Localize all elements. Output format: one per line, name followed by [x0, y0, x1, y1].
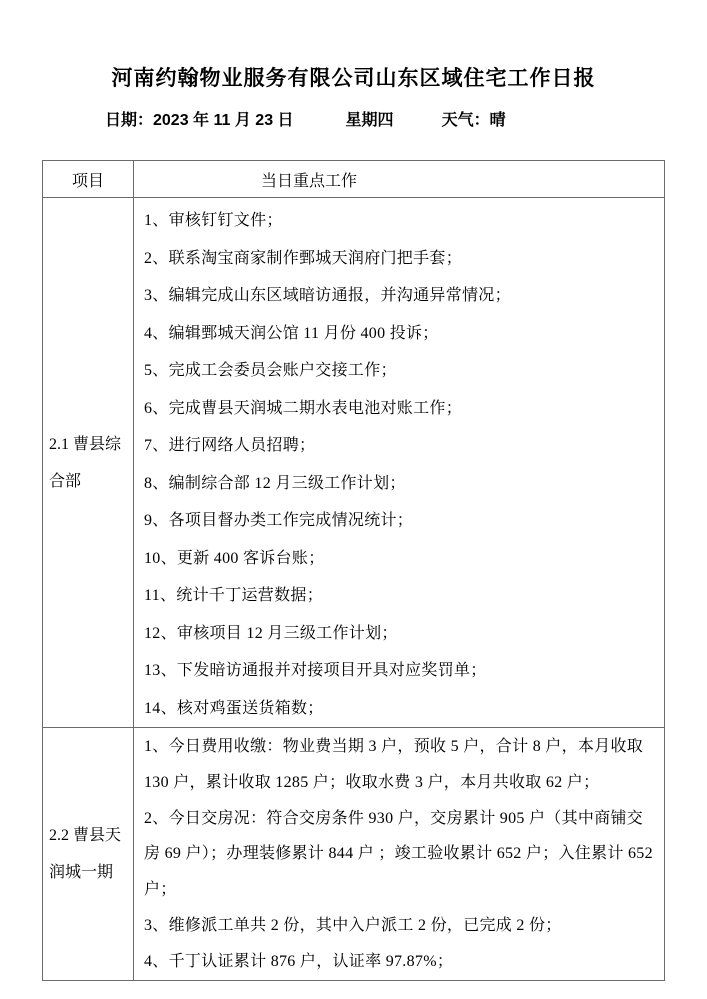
table-header-row: 项目 当日重点工作 — [43, 161, 665, 198]
work-item: 12、审核项目 12 月三级工作计划； — [144, 615, 656, 653]
work-item: 11、统计千丁运营数据； — [144, 577, 656, 615]
date-label: 日期：2023 年 11 月 23 日 — [105, 112, 294, 129]
work-item: 2、联系淘宝商家制作鄄城天润府门把手套； — [144, 240, 656, 278]
weather-label: 天气：晴 — [442, 112, 506, 129]
header-cell-work: 当日重点工作 — [134, 161, 665, 198]
work-item: 10、更新 400 客诉台账； — [144, 540, 656, 578]
work-item: 14、核对鸡蛋送货箱数； — [144, 690, 656, 728]
work-cell: 1、今日费用收缴：物业费当期 3 户，预收 5 户，合计 8 户，本月收取 13… — [134, 728, 665, 981]
work-item: 1、今日费用收缴：物业费当期 3 户，预收 5 户，合计 8 户，本月收取 13… — [144, 729, 656, 801]
project-cell: 2.1 曹县综合部 — [43, 198, 134, 728]
work-item: 5、完成工会委员会账户交接工作； — [144, 352, 656, 390]
work-item: 6、完成曹县天润城二期水表电池对账工作； — [144, 390, 656, 428]
daily-report-table: 项目 当日重点工作 2.1 曹县综合部 1、审核钉钉文件； 2、联系淘宝商家制作… — [42, 160, 665, 981]
work-item: 7、进行网络人员招聘； — [144, 427, 656, 465]
date-line: 日期：2023 年 11 月 23 日星期四天气：晴 — [105, 107, 506, 130]
work-item: 9、各项目督办类工作完成情况统计； — [144, 502, 656, 540]
header-cell-project: 项目 — [43, 161, 134, 198]
work-item: 1、审核钉钉文件； — [144, 202, 656, 240]
project-cell: 2.2 曹县天润城一期 — [43, 728, 134, 981]
work-item: 3、维修派工单共 2 份，其中入户派工 2 份，已完成 2 份； — [144, 908, 656, 944]
work-item: 8、编制综合部 12 月三级工作计划； — [144, 465, 656, 503]
work-item: 4、编辑鄄城天润公馆 11 月份 400 投诉； — [144, 315, 656, 353]
table-row: 2.2 曹县天润城一期 1、今日费用收缴：物业费当期 3 户，预收 5 户，合计… — [43, 728, 665, 981]
work-item: 3、编辑完成山东区域暗访通报，并沟通异常情况； — [144, 277, 656, 315]
page-title: 河南约翰物业服务有限公司山东区域住宅工作日报 — [0, 62, 707, 92]
work-item: 2、今日交房况：符合交房条件 930 户，交房累计 905 户（其中商铺交房 6… — [144, 801, 656, 908]
weekday-label: 星期四 — [346, 112, 394, 129]
work-item: 13、下发暗访通报并对接项目开具对应奖罚单； — [144, 652, 656, 690]
work-cell: 1、审核钉钉文件； 2、联系淘宝商家制作鄄城天润府门把手套； 3、编辑完成山东区… — [134, 198, 665, 728]
work-item: 4、千丁认证累计 876 户，认证率 97.87%； — [144, 944, 656, 980]
table-row: 2.1 曹县综合部 1、审核钉钉文件； 2、联系淘宝商家制作鄄城天润府门把手套；… — [43, 198, 665, 728]
